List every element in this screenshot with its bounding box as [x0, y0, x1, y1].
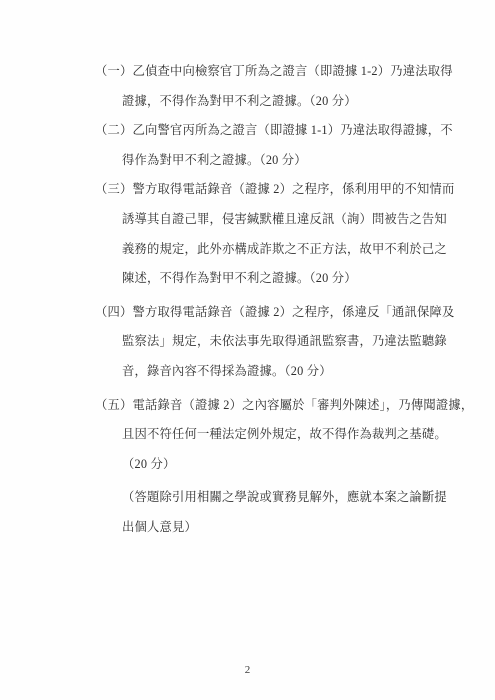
list-item-3: （三）警方取得電話錄音（證據 2）之程序，係利用甲的不知情而 誘導其自證己罪，侵…	[95, 175, 447, 293]
note-text-line: （答題除引用相關之學說或實務見解外，應就本案之論斷提	[95, 483, 447, 513]
answer-note: （答題除引用相關之學說或實務見解外，應就本案之論斷提 出個人意見）	[95, 483, 447, 542]
list-item-4: （四）警方取得電話錄音（證據 2）之程序，係違反「通訊保障及 監察法」規定，未依…	[95, 298, 447, 387]
item-text-line: 陳述，不得作為對甲不利之證據。（20 分）	[95, 264, 447, 294]
item-marker: （一）	[95, 64, 133, 78]
item-first-line: （四）警方取得電話錄音（證據 2）之程序，係違反「通訊保障及	[95, 298, 447, 328]
item-text-line: 警方取得電話錄音（證據 2）之程序，係利用甲的不知情而	[133, 182, 455, 196]
item-marker: （四）	[95, 305, 133, 319]
item-text-line: 乙偵查中向檢察官丁所為之證言（即證據 1-2）乃違法取得	[133, 64, 453, 78]
item-text-line: 誘導其自證己罪，侵害緘默權且違反訊（詢）問被告之告知	[95, 205, 447, 235]
item-text-line: 證據，不得作為對甲不利之證據。（20 分）	[95, 87, 447, 117]
answer-list: （一）乙偵查中向檢察官丁所為之證言（即證據 1-2）乃違法取得 證據，不得作為對…	[95, 57, 447, 543]
item-text-line: （20 分）	[95, 450, 447, 480]
list-item-2: （二）乙向警官丙所為之證言（即證據 1-1）乃違法取得證據，不 得作為對甲不利之…	[95, 116, 447, 175]
item-marker: （三）	[95, 182, 133, 196]
item-text-line: 電話錄音（證據 2）之內容屬於「審判外陳述」，乃傳聞證據，	[133, 398, 474, 412]
item-marker: （五）	[95, 398, 133, 412]
list-item-5: （五）電話錄音（證據 2）之內容屬於「審判外陳述」，乃傳聞證據， 且因不符任何一…	[95, 391, 447, 480]
item-marker: （二）	[95, 123, 133, 137]
item-text-line: 義務的規定，此外亦構成詐欺之不正方法，故甲不利於己之	[95, 235, 447, 265]
item-text-line: 乙向警官丙所為之證言（即證據 1-1）乃違法取得證據，不	[133, 123, 453, 137]
item-text-line: 音，錄音內容不得採為證據。（20 分）	[95, 357, 447, 387]
item-first-line: （二）乙向警官丙所為之證言（即證據 1-1）乃違法取得證據，不	[95, 116, 447, 146]
item-first-line: （一）乙偵查中向檢察官丁所為之證言（即證據 1-2）乃違法取得	[95, 57, 447, 87]
item-text-line: 且因不符任何一種法定例外規定，故不得作為裁判之基礎。	[95, 420, 447, 450]
list-item-1: （一）乙偵查中向檢察官丁所為之證言（即證據 1-2）乃違法取得 證據，不得作為對…	[95, 57, 447, 116]
note-text-line: 出個人意見）	[95, 513, 447, 543]
item-first-line: （三）警方取得電話錄音（證據 2）之程序，係利用甲的不知情而	[95, 175, 447, 205]
item-text-line: 監察法」規定，未依法事先取得通訊監察書，乃違法監聽錄	[95, 327, 447, 357]
item-first-line: （五）電話錄音（證據 2）之內容屬於「審判外陳述」，乃傳聞證據，	[95, 391, 447, 421]
document-page: （一）乙偵查中向檢察官丁所為之證言（即證據 1-2）乃違法取得 證據，不得作為對…	[0, 0, 495, 700]
item-text-line: 警方取得電話錄音（證據 2）之程序，係違反「通訊保障及	[133, 305, 455, 319]
item-text-line: 得作為對甲不利之證據。（20 分）	[95, 146, 447, 176]
page-number: 2	[0, 664, 495, 676]
